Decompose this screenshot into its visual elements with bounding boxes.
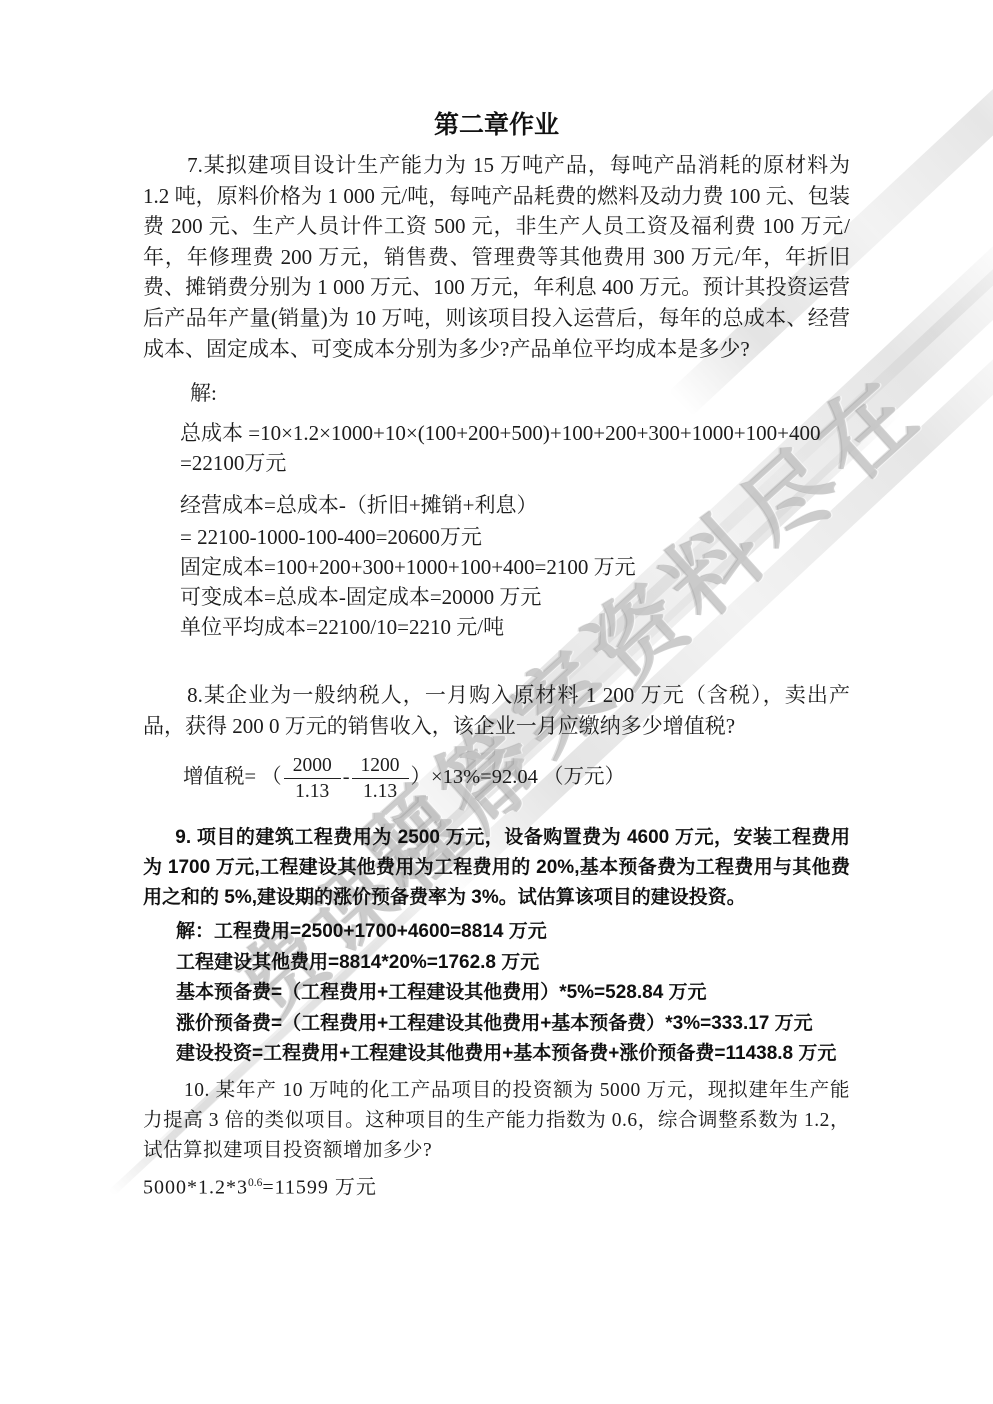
q8-minus-sign: - — [343, 766, 350, 788]
q7-variable-cost-line: 可变成本=总成本-固定成本=20000 万元 — [143, 582, 850, 612]
q8-vat-prefix: 增值税= （ — [183, 766, 282, 788]
q10-formula-exponent: 0.6 — [248, 1177, 262, 1189]
fraction-2000-over-1.13: 20001.13 — [284, 754, 341, 804]
q8-vat-suffix: ）×13%=92.04 （万元） — [411, 766, 625, 788]
q9-solution-line-4: 涨价预备费=（工程费用+工程建设其他费用+基本预备费）*3%=333.17 万元 — [143, 1009, 850, 1040]
fraction-denominator: 1.13 — [352, 779, 409, 803]
q7-unit-cost-line: 单位平均成本=22100/10=2210 元/吨 — [143, 612, 850, 642]
problem-9: 9. 项目的建筑工程费用为 2500 万元，设备购置费为 4600 万元，安装工… — [143, 823, 850, 1070]
problem-10: 10. 某年产 10 万吨的化工产品项目的投资额为 5000 万元，现拟建年生产… — [143, 1076, 850, 1203]
q7-solution-label: 解: — [143, 378, 850, 408]
q7-question: 7.某拟建项目设计生产能力为 15 万吨产品，每吨产品消耗的原材料为 1.2 吨… — [143, 150, 850, 364]
document-content: 第二章作业 7.某拟建项目设计生产能力为 15 万吨产品，每吨产品消耗的原材料为… — [143, 0, 850, 1203]
q9-solution-line-3: 基本预备费=（工程费用+工程建设其他费用）*5%=528.84 万元 — [143, 978, 850, 1009]
q7-total-cost-result: =22100万元 — [143, 448, 850, 478]
problem-8: 8.某企业为一般纳税人，一月购入原材料 1 200 万元（含税），卖出产品，获得… — [143, 680, 850, 809]
fraction-1200-over-1.13: 12001.13 — [352, 754, 409, 804]
q10-formula-base: 5000*1.2*3 — [143, 1177, 248, 1199]
fraction-numerator: 2000 — [284, 754, 341, 779]
q8-question: 8.某企业为一般纳税人，一月购入原材料 1 200 万元（含税），卖出产品，获得… — [143, 680, 850, 741]
page-title: 第二章作业 — [143, 108, 850, 144]
fraction-numerator: 1200 — [352, 754, 409, 779]
fraction-denominator: 1.13 — [284, 779, 341, 803]
q10-question: 10. 某年产 10 万吨的化工产品项目的投资额为 5000 万元，现拟建年生产… — [143, 1076, 850, 1166]
q7-operating-cost-formula: 经营成本=总成本-（折旧+摊销+利息） — [143, 490, 850, 520]
q7-operating-cost-result: = 22100-1000-100-400=20600万元 — [143, 522, 850, 552]
q7-total-cost-formula: 总成本 =10×1.2×1000+10×(100+200+500)+100+20… — [143, 418, 850, 448]
document-page: 题答案资料尽在 费课程序 第二章作业 7.某拟建项目设计生产能力为 15 万吨产… — [0, 0, 993, 1404]
problem-7: 7.某拟建项目设计生产能力为 15 万吨产品，每吨产品消耗的原材料为 1.2 吨… — [143, 150, 850, 642]
q10-result-formula: 5000*1.2*30.6=11599 万元 — [143, 1168, 850, 1203]
q9-solution-line-1: 解：工程费用=2500+1700+4600=8814 万元 — [143, 917, 850, 948]
q9-solution-line-5: 建设投资=工程费用+工程建设其他费用+基本预备费+涨价预备费=11438.8 万… — [143, 1039, 850, 1070]
q10-formula-result: =11599 万元 — [262, 1177, 377, 1199]
q9-question: 9. 项目的建筑工程费用为 2500 万元，设备购置费为 4600 万元，安装工… — [143, 823, 850, 913]
q8-vat-formula: 增值税= （20001.13-12001.13）×13%=92.04 （万元） — [143, 745, 850, 809]
q7-fixed-cost-line: 固定成本=100+200+300+1000+100+400=2100 万元 — [143, 552, 850, 582]
q9-solution-line-2: 工程建设其他费用=8814*20%=1762.8 万元 — [143, 948, 850, 979]
